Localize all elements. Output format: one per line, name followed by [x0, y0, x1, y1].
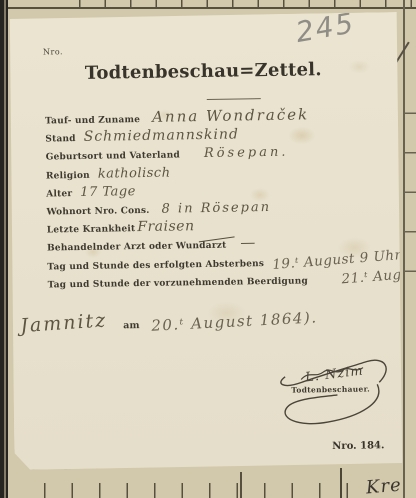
nro-label: Nro.	[43, 47, 63, 56]
signature-block: L. Nzim Todtenbeschauer.	[261, 352, 398, 432]
dateline-date-handwritten: 20.ᵗ August 1864).	[151, 308, 318, 334]
document-title: Todtenbeschau=Zettel.	[8, 58, 398, 85]
field-label: Tag und Stunde der vorzunehmenden Beerdi…	[48, 276, 308, 290]
dateline-am-label: am	[123, 320, 139, 331]
death-certificate-paper: Nro. 245 Todtenbeschau=Zettel. Tauf- und…	[7, 12, 404, 470]
ledger-handwriting-fragment: Kre	[365, 474, 402, 498]
ledger-column-line	[240, 472, 242, 498]
ledger-column-ticks-bottom	[18, 483, 353, 498]
ledger-rule-top	[8, 7, 416, 9]
form-fields: Tauf- und ZunameAnna Wondraček StandSchm…	[45, 102, 416, 290]
field-label: Alter	[46, 189, 72, 199]
field-value-handwritten: —	[240, 234, 256, 252]
signature-role-label: Todtenbeschauer.	[291, 384, 370, 394]
form-number: Nro. 184.	[332, 440, 384, 452]
dateline-place-handwritten: Jamnitz	[20, 309, 108, 337]
dateline: Jamnitzam20.ᵗ August 1864).	[20, 308, 318, 335]
book-gutter-line	[4, 0, 6, 498]
field-label: Religion	[46, 170, 90, 181]
field-label: Stand	[45, 134, 75, 144]
ledger-row-ticks-right	[404, 100, 416, 310]
ledger-column-line	[340, 468, 342, 498]
title-divider-rule	[207, 98, 261, 100]
ledger-column-ticks-top	[55, 0, 416, 7]
